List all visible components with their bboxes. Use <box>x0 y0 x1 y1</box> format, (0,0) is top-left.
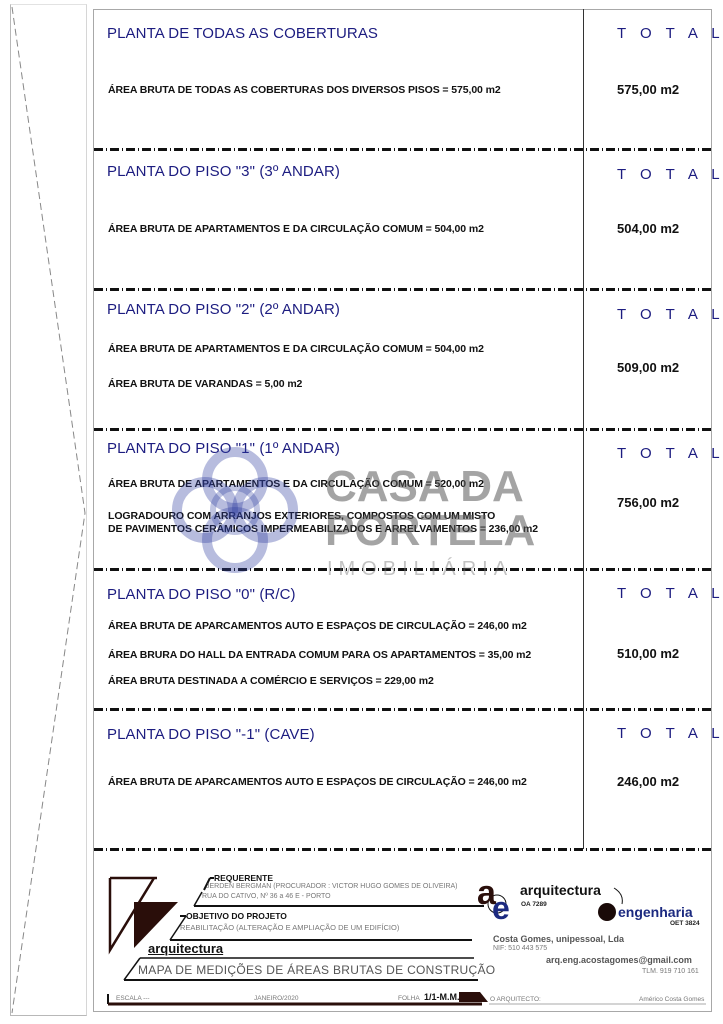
company-nif: NIF: 510 443 575 <box>493 945 547 952</box>
requerente-label: REQUERENTE <box>214 873 273 883</box>
area-line: ÁREA BRUTA DE APARCAMENTOS AUTO E ESPAÇO… <box>108 620 527 632</box>
objetivo-text: REABILITAÇÃO (ALTERAÇÃO E AMPLIAÇÃO DE U… <box>180 923 399 932</box>
section-piso-0: PLANTA DO PISO "0" (R/C) T O T A L ÁREA … <box>94 570 712 710</box>
total-value: 575,00 m2 <box>617 82 679 97</box>
area-line: ÁREA BRUTA DE VARANDAS = 5,00 m2 <box>108 378 302 390</box>
discipline-label: arquitectura <box>148 941 223 956</box>
total-value: 756,00 m2 <box>617 495 679 510</box>
section-piso-2: PLANTA DO PISO "2" (2º ANDAR) T O T A L … <box>94 290 712 430</box>
company-phone: TLM. 919 710 161 <box>642 968 699 975</box>
reg-oet: OET 3824 <box>670 920 700 927</box>
area-line: ÁREA BRUTA DE APARCAMENTOS AUTO E ESPAÇO… <box>108 776 527 788</box>
section-piso-3: PLANTA DO PISO "3" (3º ANDAR) T O T A L … <box>94 150 712 290</box>
area-line: ÁREA BRUTA DESTINADA A COMÉRCIO E SERVIÇ… <box>108 675 434 687</box>
drawing-title: MAPA DE MEDIÇÕES DE ÁREAS BRUTAS DE CONS… <box>138 963 495 977</box>
area-line: DE PAVIMENTOS CERÂMICOS IMPERMEABILIZADO… <box>108 523 538 535</box>
brand-engenharia: engenharia <box>618 904 693 920</box>
total-label: T O T A L <box>617 725 723 742</box>
title-block: REQUERENTE JERDEN BERGMAN (PROCURADOR : … <box>94 852 712 1012</box>
section-piso-1: PLANTA DO PISO "1" (1º ANDAR) T O T A L … <box>94 430 712 570</box>
date: JANEIRO/2020 <box>254 995 298 1002</box>
section-divider <box>94 848 712 851</box>
fold-chevron-mark <box>11 5 86 1015</box>
total-label: T O T A L <box>617 25 723 42</box>
objetivo-label: OBJETIVO DO PROJETO <box>186 911 287 921</box>
logo-e: e <box>492 892 510 924</box>
area-line: ÁREA BRUTA DE APARTAMENTOS E DA CIRCULAÇ… <box>108 478 484 490</box>
company-email[interactable]: arq.eng.acostagomes@gmail.com <box>546 955 692 965</box>
architect-name: Américo Costa Gomes <box>639 996 704 1003</box>
section-coberturas: PLANTA DE TODAS AS COBERTURAS T O T A L … <box>94 10 712 150</box>
total-label: T O T A L <box>617 166 723 183</box>
escala-label: ESCALA --- <box>116 995 150 1002</box>
area-line: ÁREA BRUTA DE TODAS AS COBERTURAS DOS DI… <box>108 84 501 96</box>
section-title: PLANTA DO PISO "2" (2º ANDAR) <box>107 301 340 318</box>
brand-arquitectura: arquitectura <box>520 882 601 898</box>
total-label: T O T A L <box>617 306 723 323</box>
section-title: PLANTA DO PISO "-1" (CAVE) <box>107 726 315 743</box>
folha-value: 1/1-M.M. <box>424 992 460 1002</box>
requerente-address: RUA DO CATIVO, Nº 36 a 46 E - PORTO <box>202 893 331 900</box>
total-value: 509,00 m2 <box>617 360 679 375</box>
area-line: ÁREA BRUTA DE APARTAMENTOS E DA CIRCULAÇ… <box>108 223 484 235</box>
area-line: LOGRADOURO COM ARRANJOS EXTERIORES, COMP… <box>108 510 495 522</box>
architect-label: O ARQUITECTO: <box>490 996 541 1003</box>
total-value: 510,00 m2 <box>617 646 679 661</box>
section-title: PLANTA DO PISO "0" (R/C) <box>107 586 296 603</box>
area-line: ÁREA BRURA DO HALL DA ENTRADA COMUM PARA… <box>108 649 531 661</box>
total-value: 246,00 m2 <box>617 774 679 789</box>
company-name: Costa Gomes, unipessoal, Lda <box>493 934 624 944</box>
folha-label: FOLHA <box>398 995 420 1002</box>
reg-oa: OA 7289 <box>521 901 547 908</box>
engenharia-dot-icon <box>598 903 616 921</box>
left-margin-strip <box>10 4 87 1016</box>
total-label: T O T A L <box>617 445 723 462</box>
section-title: PLANTA DO PISO "1" (1º ANDAR) <box>107 440 340 457</box>
requerente-name: JERDEN BERGMAN (PROCURADOR : VICTOR HUGO… <box>206 883 458 890</box>
section-piso-menos-1: PLANTA DO PISO "-1" (CAVE) T O T A L ÁRE… <box>94 710 712 850</box>
title-block-graphics <box>94 852 712 1012</box>
section-title: PLANTA DE TODAS AS COBERTURAS <box>107 25 378 42</box>
total-label: T O T A L <box>617 585 723 602</box>
total-value: 504,00 m2 <box>617 221 679 236</box>
section-title: PLANTA DO PISO "3" (3º ANDAR) <box>107 163 340 180</box>
area-line: ÁREA BRUTA DE APARTAMENTOS E DA CIRCULAÇ… <box>108 343 484 355</box>
